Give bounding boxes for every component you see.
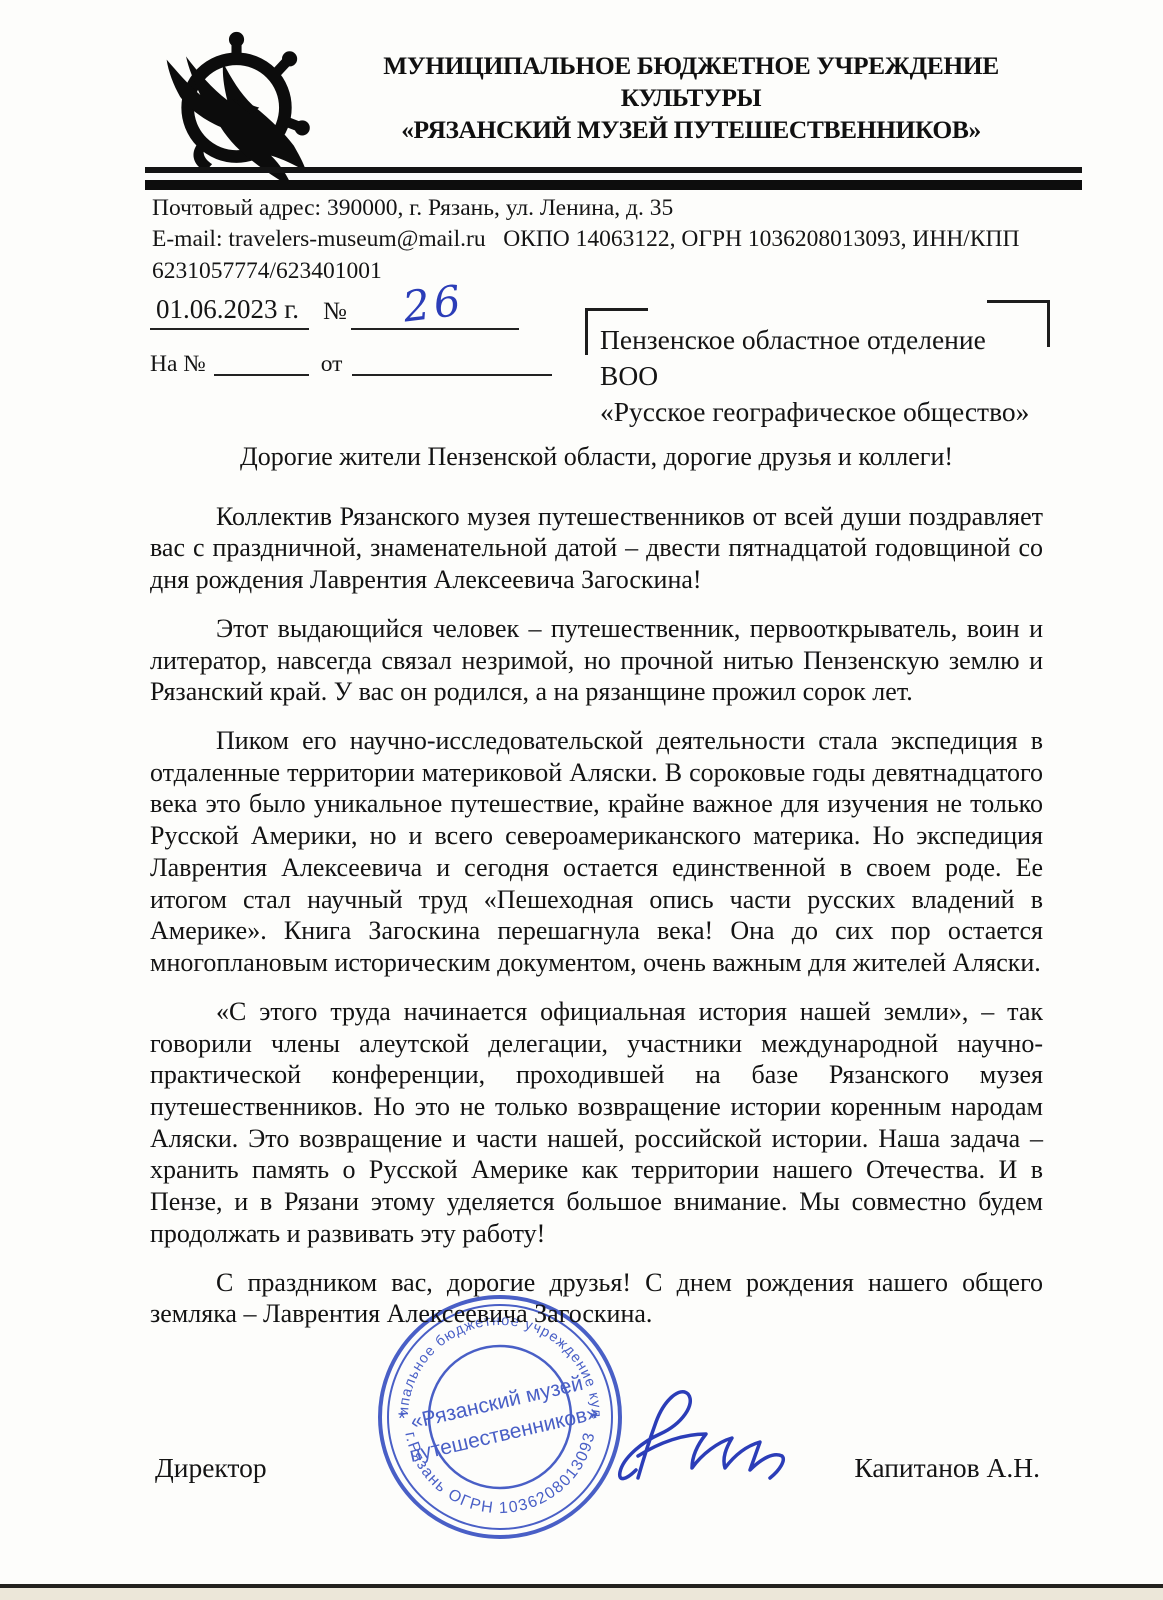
org-name-line2: «РЯЗАНСКИЙ МУЗЕЙ ПУТЕШЕСТВЕННИКОВ» [335,114,1047,146]
letter-date: 01.06.2023 г. [150,294,309,330]
handwritten-signature [608,1378,798,1508]
reference-block: 01.06.2023 г. № 26 На № от [150,292,590,378]
letter-body: Дорогие жители Пензенской области, дорог… [150,441,1043,1330]
recipient-line2: «Русское географическое общество» [600,394,1050,430]
reply-reference-row: На № от [150,350,590,378]
divider-bar-thick [145,180,1082,190]
museum-logo-bird-over-ship-wheel [146,26,322,186]
postal-address-line: Почтовый адрес: 390000, г. Рязань, ул. Л… [152,193,1057,224]
signoff-row: Директор Капитанов А.Н. [155,1452,1040,1484]
stamp-separator-left: * [398,1408,406,1430]
scanned-letter-page: МУНИЦИПАЛЬНОЕ БЮДЖЕТНОЕ УЧРЕЖДЕНИЕ КУЛЬТ… [0,0,1163,1600]
paragraph-1: Коллектив Рязанского музея путешественни… [150,501,1043,596]
reply-number-blank-line [214,350,309,376]
number-sign-label: № [323,298,347,326]
org-name-line1: МУНИЦИПАЛЬНОЕ БЮДЖЕТНОЕ УЧРЕЖДЕНИЕ КУЛЬТ… [335,50,1047,114]
signer-name: Капитанов А.Н. [854,1452,1040,1484]
scan-edge-strip [0,1588,1163,1600]
date-number-row: 01.06.2023 г. № 26 [150,292,590,330]
recipient-address-block: Пензенское областное отделение ВОО «Русс… [585,300,1050,429]
paragraph-5: С праздником вас, дорогие друзья! С днем… [150,1267,1043,1330]
salutation: Дорогие жители Пензенской области, дорог… [150,441,1043,473]
signer-title: Директор [155,1452,267,1484]
divider-bar-thin [145,167,1082,173]
recipient-line1: Пензенское областное отделение ВОО [600,322,1050,394]
reply-to-label: На № [150,351,206,378]
paragraph-4: «С этого труда начинается официальная ис… [150,996,1043,1250]
paragraph-2: Этот выдающийся человек – путешественник… [150,613,1043,708]
letterhead-contacts: Почтовый адрес: 390000, г. Рязань, ул. Л… [152,193,1057,287]
letter-number-line: 26 [351,292,519,330]
reply-from-label: от [321,351,343,378]
reply-date-blank-line [352,350,552,376]
address-corner-bracket-right [987,300,1050,347]
paragraph-3: Пиком его научно-исследовательской деяте… [150,725,1043,979]
inn-kpp-line: 6231057774/623401001 [152,256,1057,287]
address-corner-bracket-left [585,308,648,355]
letterhead-org-name: МУНИЦИПАЛЬНОЕ БЮДЖЕТНОЕ УЧРЕЖДЕНИЕ КУЛЬТ… [335,50,1047,146]
email-and-codes-line: E-mail: travelers-museum@mail.ru ОКПО 14… [152,224,1057,255]
handwritten-letter-number: 26 [400,275,467,331]
letterhead-divider [145,167,1082,190]
